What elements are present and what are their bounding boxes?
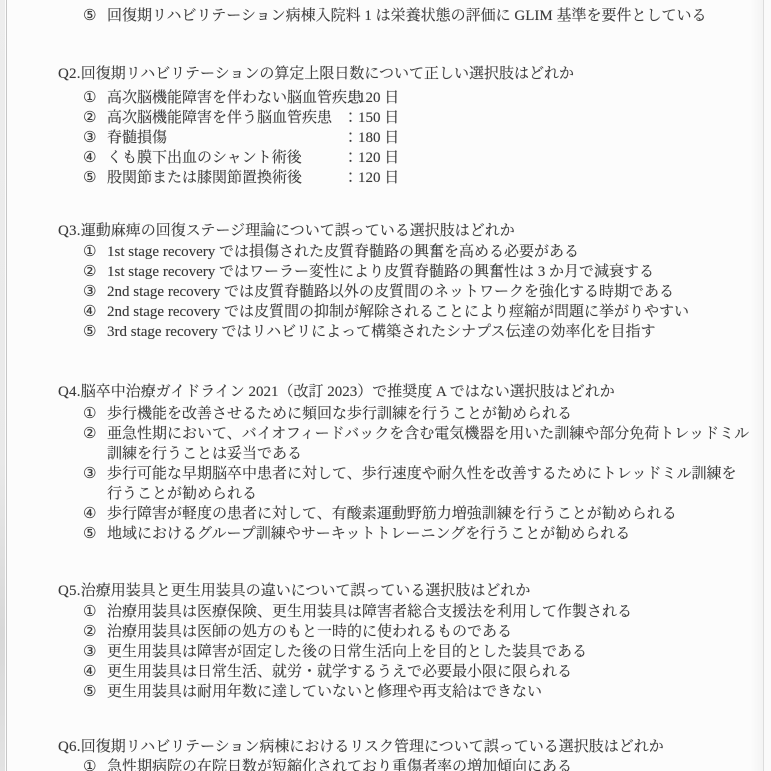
scan-left-margin-strip xyxy=(0,0,5,771)
choice-item: ① 高次脳機能障害を伴わない脳血管疾患 ：120 日 xyxy=(58,88,750,108)
choice-number: ② xyxy=(83,622,107,642)
choice-text: 回復期リハビリテーション病棟入院料 1 は栄養状態の評価に GLIM 基準を要件… xyxy=(107,6,750,26)
choice-item: ② 治療用装具は医師の処方のもと一時的に使われるものである xyxy=(58,622,750,642)
choice-number: ① xyxy=(83,242,107,262)
choice-item: ⑤ 更生用装具は耐用年数に達していないと修理や再支給はできない xyxy=(58,682,750,702)
choice-number: ③ xyxy=(83,128,107,148)
question-header: Q6.回復期リハビリテーション病棟におけるリスク管理について誤っている選択肢はど… xyxy=(58,737,750,757)
choice-item: ④ 歩行障害が軽度の患者に対して、有酸素運動野筋力増強訓練を行うことが勧められる xyxy=(58,504,750,524)
choice-number: ⑤ xyxy=(83,524,107,544)
choice-item: ③ 更生用装具は障害が固定した後の日常生活向上を目的とした装具である xyxy=(58,642,750,662)
question-block-q5: Q5.治療用装具と更生用装具の違いについて誤っている選択肢はどれか ① 治療用装… xyxy=(58,581,750,702)
choice-item: ③ 2nd stage recovery では皮質脊髄路以外の皮質間のネットワー… xyxy=(58,282,750,302)
question-id: Q2. xyxy=(58,66,81,82)
question-title: 運動麻痺の回復ステージ理論について誤っている選択肢はどれか xyxy=(81,223,515,239)
question-title: 回復期リハビリテーションの算定上限日数について正しい選択肢はどれか xyxy=(81,66,574,82)
scan-right-margin xyxy=(764,0,771,771)
choice-item: ① 歩行機能を改善させるために頻回な歩行訓練を行うことが勧められる xyxy=(58,404,750,424)
choice-item: ⑤ 3rd stage recovery ではリハビリによって構築されたシナプス… xyxy=(58,322,750,342)
choice-item: ④ くも膜下出血のシャント術後 ：120 日 xyxy=(58,148,750,168)
choice-text: 2nd stage recovery では皮質脊髄路以外の皮質間のネットワークを… xyxy=(107,282,750,302)
choice-item: ① 治療用装具は医療保険、更生用装具は障害者総合支援法を利用して作製される xyxy=(58,602,750,622)
question-header: Q2.回復期リハビリテーションの算定上限日数について正しい選択肢はどれか xyxy=(58,64,750,84)
question-block-q4: Q4.脳卒中治療ガイドライン 2021（改訂 2023）で推奨度 A ではない選… xyxy=(58,382,750,544)
choice-text: 更生用装具は耐用年数に達していないと修理や再支給はできない xyxy=(107,682,750,702)
choice-item: ③ 脊髄損傷 ：180 日 xyxy=(58,128,750,148)
choice-item: ⑤ 股関節または膝関節置換術後 ：120 日 xyxy=(58,168,750,188)
question-id: Q6. xyxy=(58,739,81,755)
choice-item: ④ 更生用装具は日常生活、就労・就学するうえで必要最小限に限られる xyxy=(58,662,750,682)
choice-text: 歩行障害が軽度の患者に対して、有酸素運動野筋力増強訓練を行うことが勧められる xyxy=(107,504,750,524)
choice-text: 治療用装具は医療保険、更生用装具は障害者総合支援法を利用して作製される xyxy=(107,602,750,622)
choice-number: ① xyxy=(83,88,107,108)
choice-text: 歩行機能を改善させるために頻回な歩行訓練を行うことが勧められる xyxy=(107,404,750,424)
choice-text: 脊髄損傷 xyxy=(107,128,343,148)
choice-item: ② 高次脳機能障害を伴う脳血管疾患 ：150 日 xyxy=(58,108,750,128)
choice-item: ② 亜急性期において、バイオフィードバックを含む電気機器を用いた訓練や部分免荷ト… xyxy=(58,424,750,464)
question-block-q3: Q3.運動麻痺の回復ステージ理論について誤っている選択肢はどれか ① 1st s… xyxy=(58,221,750,342)
scanned-exam-page: ⑤ 回復期リハビリテーション病棟入院料 1 は栄養状態の評価に GLIM 基準を… xyxy=(0,0,771,771)
choice-text: 地域におけるグループ訓練やサーキットトレーニングを行うことが勧められる xyxy=(107,524,750,544)
choice-number: ② xyxy=(83,262,107,282)
choice-number: ④ xyxy=(83,302,107,322)
choice-number: ④ xyxy=(83,148,107,168)
choice-value: ：150 日 xyxy=(343,108,399,128)
choice-text: 1st stage recovery では損傷された皮質脊髄路の興奮を高める必要… xyxy=(107,242,750,262)
question-block-q6: Q6.回復期リハビリテーション病棟におけるリスク管理について誤っている選択肢はど… xyxy=(58,737,750,771)
choice-number: ① xyxy=(83,757,107,771)
choice-value: ：120 日 xyxy=(343,168,399,188)
choice-text: 股関節または膝関節置換術後 xyxy=(107,168,343,188)
question-title: 治療用装具と更生用装具の違いについて誤っている選択肢はどれか xyxy=(81,583,531,599)
question-block-q2: Q2.回復期リハビリテーションの算定上限日数について正しい選択肢はどれか ① 高… xyxy=(58,64,750,188)
choice-number: ④ xyxy=(83,662,107,682)
choice-number: ③ xyxy=(83,464,107,504)
choice-number: ③ xyxy=(83,282,107,302)
choice-list: ① 治療用装具は医療保険、更生用装具は障害者総合支援法を利用して作製される ② … xyxy=(58,602,750,702)
choice-number: ② xyxy=(83,424,107,464)
scan-right-shadow xyxy=(750,0,763,771)
choice-text: 3rd stage recovery ではリハビリによって構築されたシナプス伝達… xyxy=(107,322,750,342)
choice-text: 亜急性期において、バイオフィードバックを含む電気機器を用いた訓練や部分免荷トレッ… xyxy=(107,424,750,464)
question-id: Q3. xyxy=(58,223,81,239)
choice-number: ③ xyxy=(83,642,107,662)
choice-list: ① 1st stage recovery では損傷された皮質脊髄路の興奮を高める… xyxy=(58,242,750,342)
choice-item: ③ 歩行可能な早期脳卒中患者に対して、歩行速度や耐久性を改善するためにトレッドミ… xyxy=(58,464,750,504)
question-title: 脳卒中治療ガイドライン 2021（改訂 2023）で推奨度 A ではない選択肢は… xyxy=(81,384,615,400)
choice-text: 1st stage recovery ではワーラー変性により皮質脊髄路の興奮性は… xyxy=(107,262,750,282)
choice-number: ⑤ xyxy=(83,168,107,188)
choice-item: ⑤ 地域におけるグループ訓練やサーキットトレーニングを行うことが勧められる xyxy=(58,524,750,544)
choice-number: ① xyxy=(83,404,107,424)
choice-number: ④ xyxy=(83,504,107,524)
choice-number: ① xyxy=(83,602,107,622)
question-id: Q4. xyxy=(58,384,81,400)
choice-number: ② xyxy=(83,108,107,128)
choice-text: 更生用装具は日常生活、就労・就学するうえで必要最小限に限られる xyxy=(107,662,750,682)
choice-number: ⑤ xyxy=(83,322,107,342)
scan-left-edge-line xyxy=(6,0,7,771)
choice-text: くも膜下出血のシャント術後 xyxy=(107,148,343,168)
choice-list: ① 歩行機能を改善させるために頻回な歩行訓練を行うことが勧められる ② 亜急性期… xyxy=(58,404,750,544)
choice-text: 更生用装具は障害が固定した後の日常生活向上を目的とした装具である xyxy=(107,642,750,662)
choice-item: ① 1st stage recovery では損傷された皮質脊髄路の興奮を高める… xyxy=(58,242,750,262)
page-content: ⑤ 回復期リハビリテーション病棟入院料 1 は栄養状態の評価に GLIM 基準を… xyxy=(58,0,750,771)
choice-number: ⑤ xyxy=(83,682,107,702)
question-header: Q3.運動麻痺の回復ステージ理論について誤っている選択肢はどれか xyxy=(58,221,750,241)
choice-list: ① 高次脳機能障害を伴わない脳血管疾患 ：120 日 ② 高次脳機能障害を伴う脳… xyxy=(58,88,750,188)
choice-text: 2nd stage recovery では皮質間の抑制が解除されることにより痙縮… xyxy=(107,302,750,322)
choice-text: 歩行可能な早期脳卒中患者に対して、歩行速度や耐久性を改善するためにトレッドミル訓… xyxy=(107,464,750,504)
choice-value: ：120 日 xyxy=(343,148,399,168)
choice-text: 高次脳機能障害を伴わない脳血管疾患 xyxy=(107,88,343,108)
choice-text: 治療用装具は医師の処方のもと一時的に使われるものである xyxy=(107,622,750,642)
choice-item: ② 1st stage recovery ではワーラー変性により皮質脊髄路の興奮… xyxy=(58,262,750,282)
choice-number: ⑤ xyxy=(83,6,107,26)
choice-value: ：180 日 xyxy=(343,128,399,148)
question-id: Q5. xyxy=(58,583,81,599)
question-header: Q5.治療用装具と更生用装具の違いについて誤っている選択肢はどれか xyxy=(58,581,750,601)
question-title: 回復期リハビリテーション病棟におけるリスク管理について誤っている選択肢はどれか xyxy=(81,739,664,755)
choice-item: ⑤ 回復期リハビリテーション病棟入院料 1 は栄養状態の評価に GLIM 基準を… xyxy=(58,6,750,26)
choice-text: 急性期病院の在院日数が短縮化されており重傷者率の増加傾向にある xyxy=(107,757,750,771)
choice-item: ① 急性期病院の在院日数が短縮化されており重傷者率の増加傾向にある xyxy=(58,757,750,771)
question-header: Q4.脳卒中治療ガイドライン 2021（改訂 2023）で推奨度 A ではない選… xyxy=(58,382,750,402)
choice-item: ④ 2nd stage recovery では皮質間の抑制が解除されることにより… xyxy=(58,302,750,322)
choice-list: ① 急性期病院の在院日数が短縮化されており重傷者率の増加傾向にある xyxy=(58,757,750,771)
choice-text: 高次脳機能障害を伴う脳血管疾患 xyxy=(107,108,343,128)
choice-value: ：120 日 xyxy=(343,88,399,108)
